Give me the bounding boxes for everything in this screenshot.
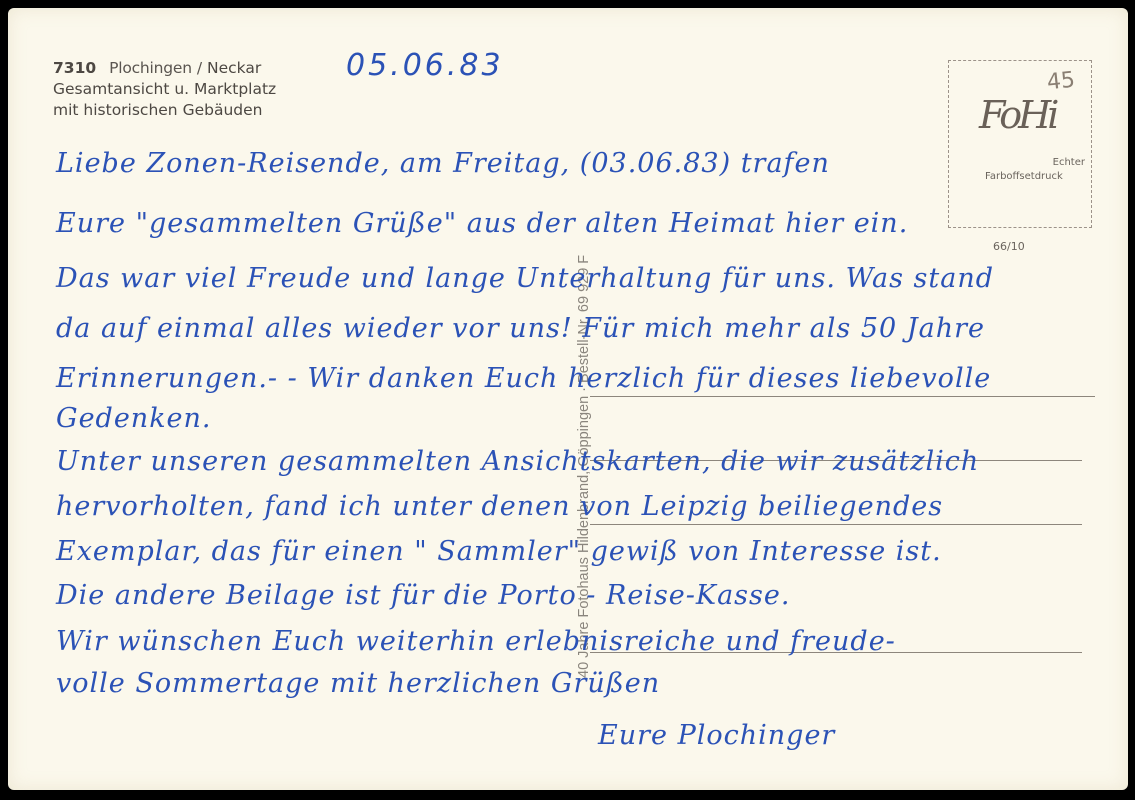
fohi-logo-icon: FoHi (979, 93, 1055, 137)
print-code: 66/10 (993, 240, 1025, 253)
printed-caption: 7310 Plochingen / Neckar Gesamtansicht u… (53, 58, 276, 121)
message-line: Wir wünschen Euch weiterhin erlebnisreic… (56, 626, 896, 657)
stamp-box: FoHi 45 Echter Farboffsetdruck (948, 60, 1092, 228)
address-line-3 (590, 524, 1082, 525)
message-line: Exemplar, das für einen " Sammler" gewiß… (56, 536, 942, 567)
stamp-label-line1: Echter (1053, 157, 1085, 168)
caption-separator: / (197, 59, 202, 77)
postal-code: 7310 (53, 59, 96, 77)
message-line: volle Sommertage mit herzlichen Grüßen (56, 668, 660, 699)
message-line: Das war viel Freude und lange Unterhaltu… (56, 263, 994, 294)
caption-line-3: mit historischen Gebäuden (53, 100, 276, 121)
message-line: Eure "gesammelten Grüße" aus der alten H… (56, 208, 908, 239)
price-note: 45 (1046, 68, 1076, 96)
caption-line-2: Gesamtansicht u. Marktplatz (53, 79, 276, 100)
message-line: Erinnerungen.- - Wir danken Euch herzlic… (56, 363, 991, 394)
message-line: da auf einmal alles wieder vor uns! Für … (56, 313, 985, 344)
address-line-1 (590, 396, 1095, 397)
stamp-label-line2: Farboffsetdruck (985, 171, 1063, 182)
postcard: 7310 Plochingen / Neckar Gesamtansicht u… (8, 8, 1128, 790)
message-line: Die andere Beilage ist für die Porto - R… (56, 580, 790, 611)
message-line: Liebe Zonen-Reisende, am Freitag, (03.06… (56, 148, 830, 179)
handwritten-date: 05.06.83 (346, 48, 504, 83)
message-line: Gedenken. (56, 403, 212, 434)
message-line: hervorholten, fand ich unter denen von L… (56, 491, 943, 522)
message-line: Unter unseren gesammelten Ansichtskarten… (56, 446, 979, 477)
river-name: Neckar (207, 59, 261, 77)
signature: Eure Plochinger (598, 720, 835, 751)
place-name: Plochingen (109, 59, 192, 77)
